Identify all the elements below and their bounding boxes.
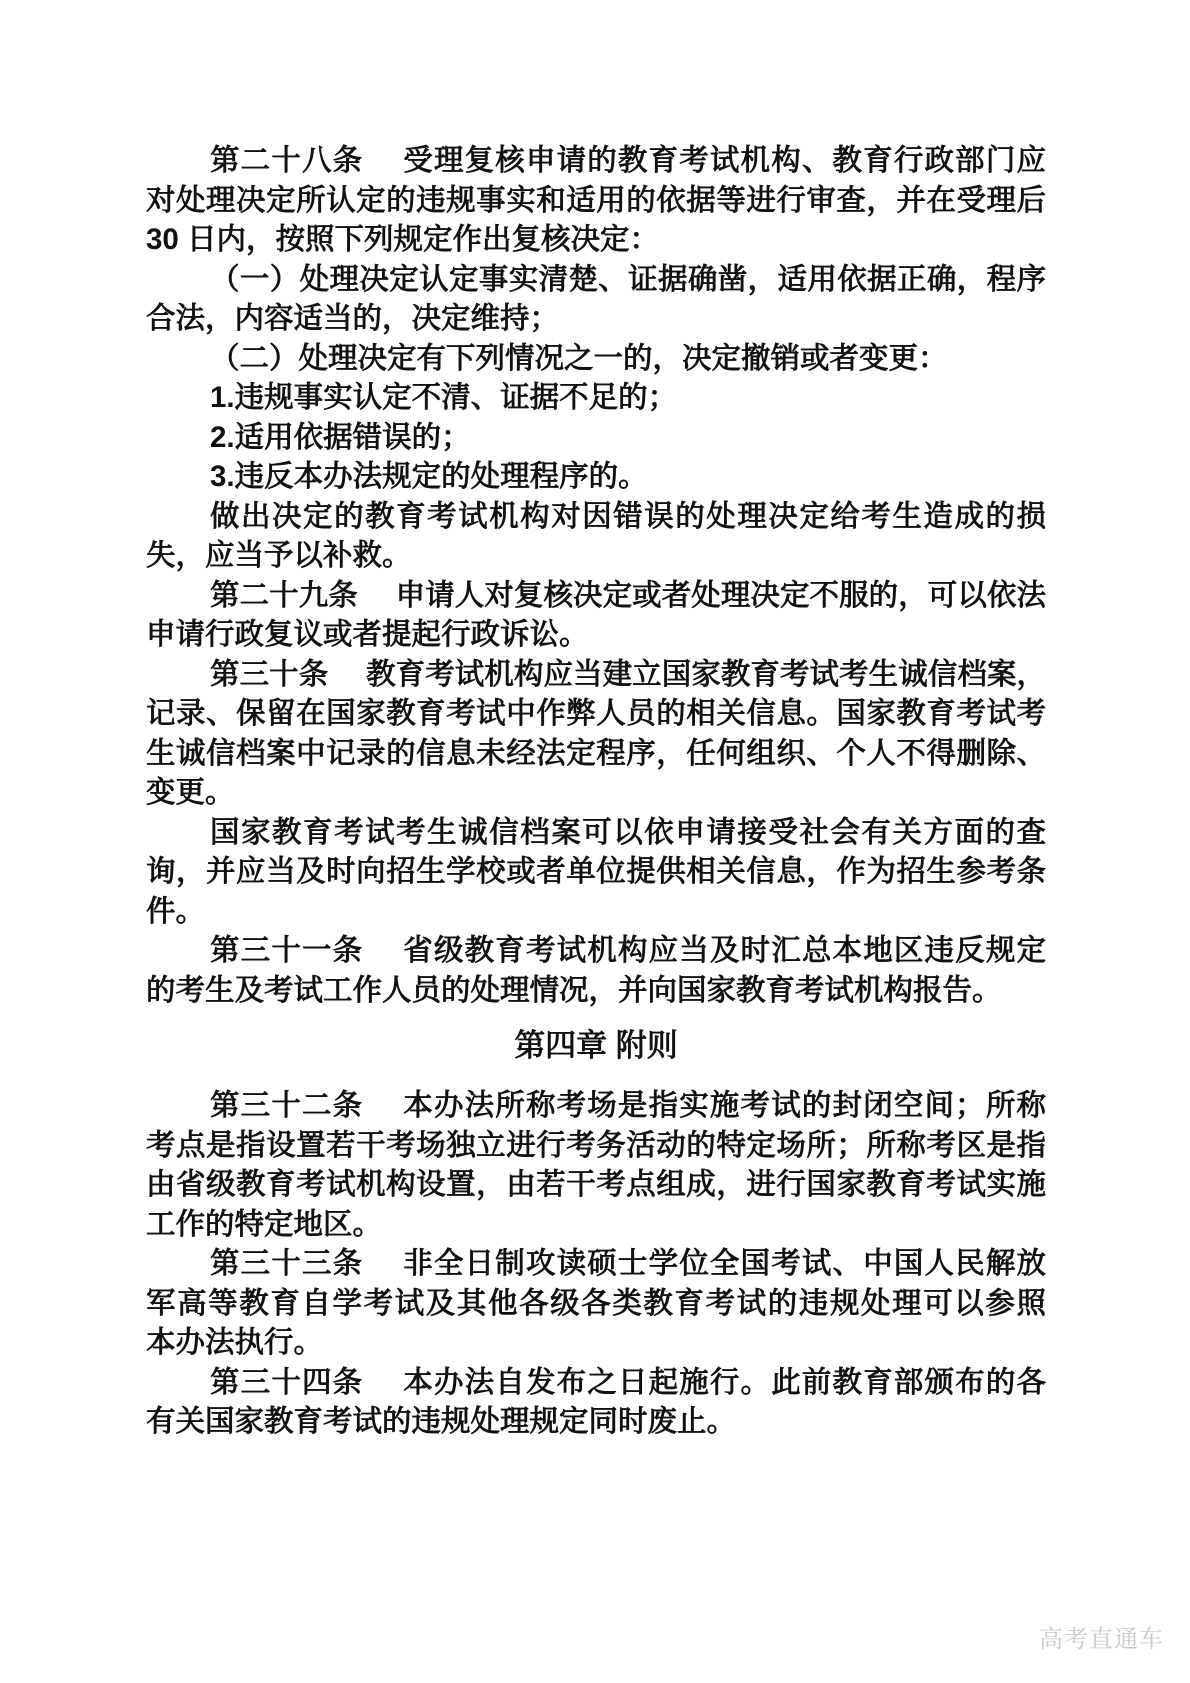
paragraph: 第三十一条 省级教育考试机构应当及时汇总本地区违反规定的考生及考试工作人员的处理…: [146, 931, 1046, 1010]
text-line: 生诚信档案中记录的信息未经法定程序，任何组织、个人不得删除、: [146, 734, 1046, 774]
text-line: 合法，内容适当的，决定维持；: [146, 299, 1046, 339]
text-line: 失，应当予以补救。: [146, 536, 1046, 576]
text-line: 件。: [146, 892, 1046, 932]
text-line: 国家教育考试考生诚信档案可以依申请接受社会有关方面的查: [146, 813, 1046, 853]
paragraph: 2.适用依据错误的；: [146, 418, 1046, 458]
document-body: 第二十八条 受理复核申请的教育考试机构、教育行政部门应对处理决定所认定的违规事实…: [146, 141, 1046, 1442]
text-line: 2.适用依据错误的；: [146, 418, 1046, 458]
text-line: 30 日内，按照下列规定作出复核决定：: [146, 220, 1046, 260]
paragraph: 3.违反本办法规定的处理程序的。: [146, 457, 1046, 497]
text-line: 1.违规事实认定不清、证据不足的；: [146, 378, 1046, 418]
watermark-text: 高考直通车: [1039, 1625, 1164, 1655]
paragraph: 国家教育考试考生诚信档案可以依申请接受社会有关方面的查询，并应当及时向招生学校或…: [146, 813, 1046, 932]
text-line: 申请行政复议或者提起行政诉讼。: [146, 615, 1046, 655]
text-line: 第三十四条 本办法自发布之日起施行。此前教育部颁布的各: [146, 1363, 1046, 1403]
text-line: 第二十八条 受理复核申请的教育考试机构、教育行政部门应: [146, 141, 1046, 181]
text-line: 本办法执行。: [146, 1323, 1046, 1363]
text-line: 询，并应当及时向招生学校或者单位提供相关信息，作为招生参考条: [146, 852, 1046, 892]
text-line: 变更。: [146, 773, 1046, 813]
text-line: 有关国家教育考试的违规处理规定同时废止。: [146, 1402, 1046, 1442]
paragraph: 第三十二条 本办法所称考场是指实施考试的封闭空间；所称考点是指设置若干考场独立进…: [146, 1086, 1046, 1244]
text-line: 做出决定的教育考试机构对因错误的处理决定给考生造成的损: [146, 497, 1046, 537]
chapter-heading: 第四章 附则: [146, 1023, 1046, 1069]
text-line: 第三十二条 本办法所称考场是指实施考试的封闭空间；所称: [146, 1086, 1046, 1126]
text-line: 第二十九条 申请人对复核决定或者处理决定不服的，可以依法: [146, 576, 1046, 616]
paragraph: 第三十四条 本办法自发布之日起施行。此前教育部颁布的各有关国家教育考试的违规处理…: [146, 1363, 1046, 1442]
text-line: （一）处理决定认定事实清楚、证据确凿，适用依据正确，程序: [146, 260, 1046, 300]
text-line: 记录、保留在国家教育考试中作弊人员的相关信息。国家教育考试考: [146, 694, 1046, 734]
paragraph: 第三十条 教育考试机构应当建立国家教育考试考生诚信档案，记录、保留在国家教育考试…: [146, 655, 1046, 813]
text-line: 第三十条 教育考试机构应当建立国家教育考试考生诚信档案，: [146, 655, 1046, 695]
text-line: 第三十一条 省级教育考试机构应当及时汇总本地区违反规定: [146, 931, 1046, 971]
text-line: 的考生及考试工作人员的处理情况，并向国家教育考试机构报告。: [146, 971, 1046, 1011]
paragraph: （二）处理决定有下列情况之一的，决定撤销或者变更：: [146, 339, 1046, 379]
paragraph: 第二十九条 申请人对复核决定或者处理决定不服的，可以依法申请行政复议或者提起行政…: [146, 576, 1046, 655]
text-line: 军高等教育自学考试及其他各级各类教育考试的违规处理可以参照: [146, 1284, 1046, 1324]
text-line: 对处理决定所认定的违规事实和适用的依据等进行审查，并在受理后: [146, 181, 1046, 221]
text-line: 工作的特定地区。: [146, 1205, 1046, 1245]
paragraph: 第三十三条 非全日制攻读硕士学位全国考试、中国人民解放军高等教育自学考试及其他各…: [146, 1244, 1046, 1363]
text-line: 考点是指设置若干考场独立进行考务活动的特定场所；所称考区是指: [146, 1126, 1046, 1166]
text-line: 由省级教育考试机构设置，由若干考点组成，进行国家教育考试实施: [146, 1165, 1046, 1205]
paragraph: （一）处理决定认定事实清楚、证据确凿，适用依据正确，程序合法，内容适当的，决定维…: [146, 260, 1046, 339]
paragraph: 第二十八条 受理复核申请的教育考试机构、教育行政部门应对处理决定所认定的违规事实…: [146, 141, 1046, 260]
paragraph: 1.违规事实认定不清、证据不足的；: [146, 378, 1046, 418]
paragraph: 做出决定的教育考试机构对因错误的处理决定给考生造成的损失，应当予以补救。: [146, 497, 1046, 576]
text-line: 第三十三条 非全日制攻读硕士学位全国考试、中国人民解放: [146, 1244, 1046, 1284]
text-line: 3.违反本办法规定的处理程序的。: [146, 457, 1046, 497]
text-line: （二）处理决定有下列情况之一的，决定撤销或者变更：: [146, 339, 1046, 379]
document-page: 第二十八条 受理复核申请的教育考试机构、教育行政部门应对处理决定所认定的违规事实…: [0, 0, 1190, 1683]
